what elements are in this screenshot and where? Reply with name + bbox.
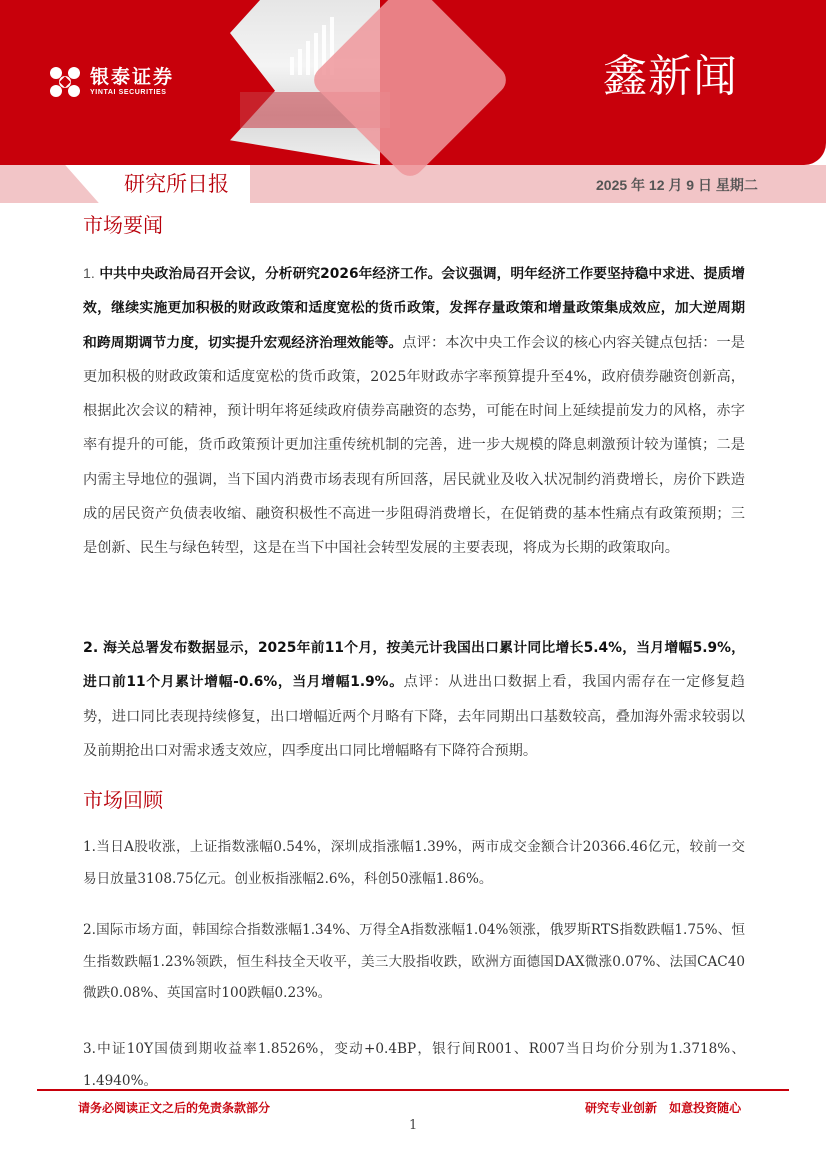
news-item-1: 1. 中共中央政治局召开会议，分析研究2026年经济工作。会议强调，明年经济工作… (83, 257, 745, 566)
report-date: 2025 年 12 月 9 日 星期二 (596, 176, 758, 194)
logo-english-name: YINTAI SECURITIES (90, 88, 174, 97)
news-item-2: 2. 海关总署发布数据显示，2025年前11个月，按美元计我国出口累计同比增长5… (83, 631, 745, 768)
section-heading-market-review: 市场回顾 (83, 787, 163, 813)
footer-disclaimer: 请务必阅读正文之后的免责条款部分 (78, 1099, 270, 1116)
company-logo: 银泰证券 YINTAI SECURITIES (50, 66, 174, 97)
review-item-3: 3.中证10Y国债到期收益率1.8526%，变动+0.4BP，银行间R001、R… (83, 1034, 745, 1097)
logo-chinese-name: 银泰证券 (90, 66, 174, 88)
report-title: 研究所日报 (124, 171, 229, 197)
news-item-comment: 点评：本次中央工作会议的核心内容关键点包括：一是更加积极的财政政策和适度宽松的货… (83, 335, 745, 557)
header-banner: 银泰证券 YINTAI SECURITIES 鑫新闻 研究所日报 2025 年 … (0, 0, 826, 203)
section-heading-market-news: 市场要闻 (83, 212, 163, 238)
brand-title: 鑫新闻 (603, 52, 738, 102)
yintai-logo-icon (50, 67, 80, 97)
review-item-2: 2.国际市场方面，韩国综合指数涨幅1.34%、万得全A指数涨幅1.04%领涨，俄… (83, 915, 745, 1010)
footer-divider (37, 1089, 789, 1091)
review-item-1: 1.当日A股收涨，上证指数涨幅0.54%，深圳成指涨幅1.39%，两市成交金额合… (83, 832, 745, 895)
news-item-number: 1. (83, 266, 95, 282)
page-number: 1 (409, 1118, 417, 1133)
news-item-number: 2. (83, 640, 98, 656)
decorative-photo-collage (220, 0, 470, 170)
footer-slogan: 研究专业创新 如意投资随心 (585, 1099, 741, 1116)
